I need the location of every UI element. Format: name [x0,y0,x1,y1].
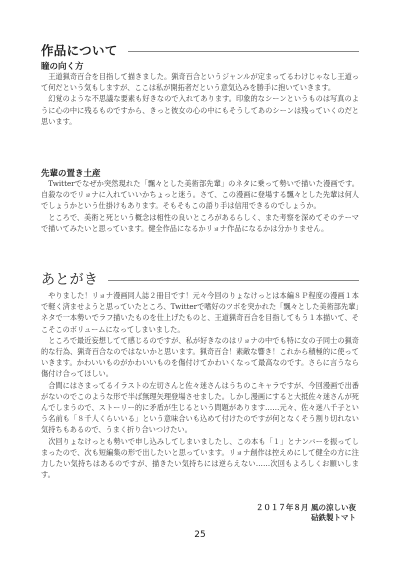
signature-date: ２０１７年８月 風の涼しい夜 [256,503,356,513]
paragraph: Twitterでなぜか突然現れた「飄々とした美術部先輩」のネタに乗って勢いで描い… [41,178,359,212]
signature-author: 砧鉄製トマト [256,513,356,523]
section-header-afterword: あとがき [41,271,359,287]
paragraph: ところで、美術と死という概念は相性の良いところがあるらしく、また考察を深めてその… [41,212,359,234]
signature-block: ２０１７年８月 風の涼しい夜 砧鉄製トマト [256,503,356,523]
subsection-body: 王道猟奇百合を目指して描きました。猟奇百合というジャンルが定まってるわけじゃなし… [41,71,359,127]
document-page: 作品について 瞳の向く方 王道猟奇百合を目指して描きました。猟奇百合というジャン… [0,0,400,561]
section-divider-rule [128,51,359,52]
section-title: あとがき [41,269,98,289]
paragraph: 王道猟奇百合を目指して描きました。猟奇百合というジャンルが定まってるわけじゃなし… [41,71,359,93]
section-title: 作品について [41,41,118,59]
paragraph: 幻覚のような不思議な要素も好きなので入れてあります。印象的なシーンというものは写… [41,93,359,127]
paragraph: 次回りょなけっとも勢いで申し込みしてしまいましたし、この本も「１」とナンバーを振… [41,436,359,481]
section-header-about-works: 作品について [41,42,359,58]
afterword-body: やりました！リョナ漫画同人誌２冊目です！元々今回のりょなけっとは本編８Ｐ程度の漫… [41,290,359,480]
subsection-body: Twitterでなぜか突然現れた「飄々とした美術部先輩」のネタに乗って勢いで描い… [41,178,359,234]
page-number: 25 [0,530,400,540]
paragraph: ところで最近妄想してて感じるのですが、私が好きなのはリョナの中でも特に女の子同士… [41,335,359,380]
paragraph: やりました！リョナ漫画同人誌２冊目です！元々今回のりょなけっとは本編８Ｐ程度の漫… [41,290,359,335]
section-divider-rule [108,280,359,281]
paragraph: 合間にはさまってるイラストの左切さんと佐々迷さんはうちのこキャラですが、今回漫画… [41,380,359,436]
